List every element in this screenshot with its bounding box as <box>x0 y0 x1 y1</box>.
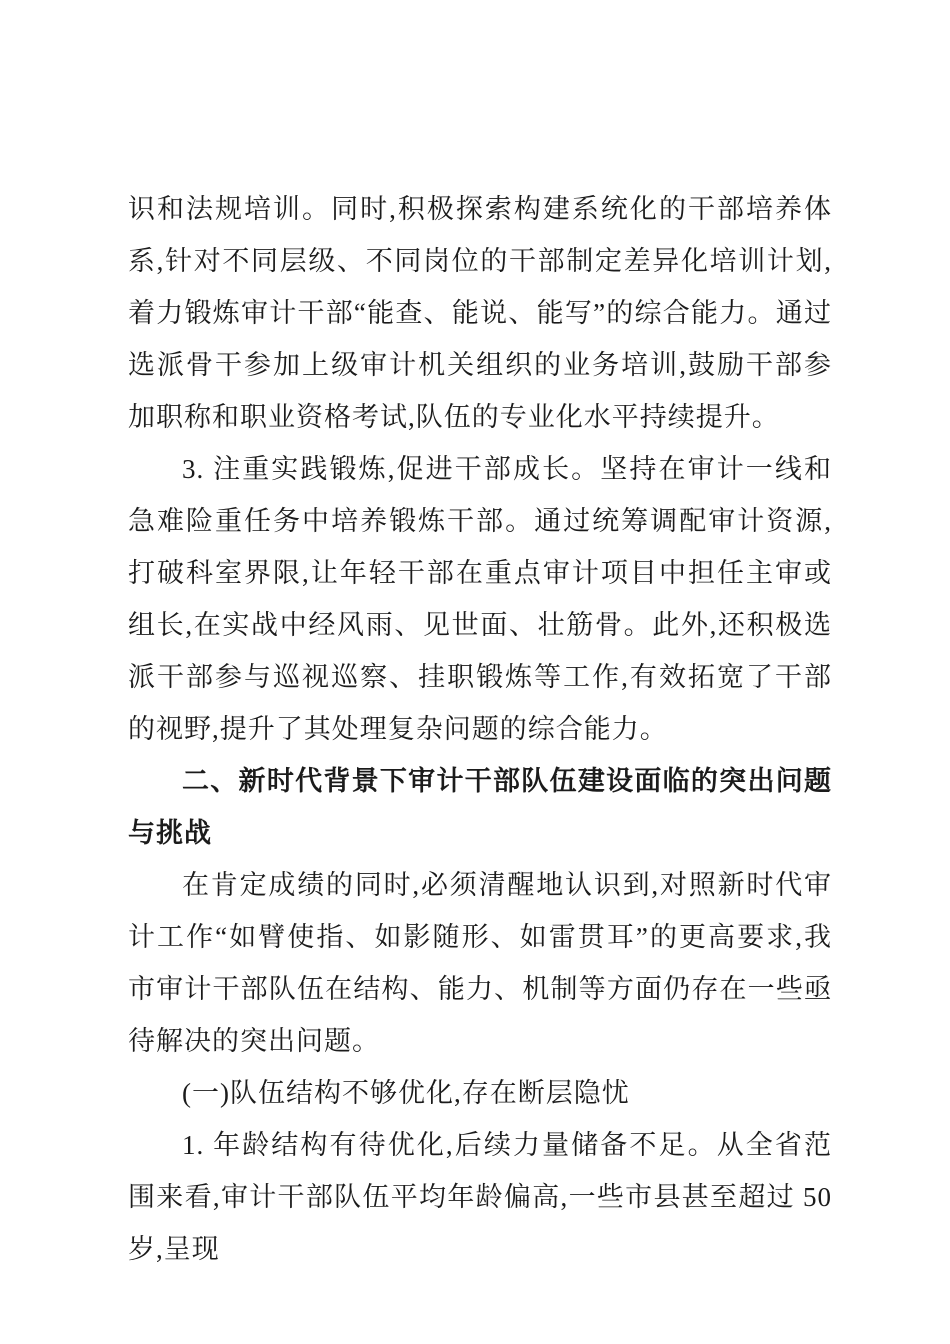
document-page: 识和法规培训。同时,积极探索构建系统化的干部培养体系,针对不同层级、不同岗位的干… <box>0 0 950 1344</box>
body-paragraph: 3. 注重实践锻炼,促进干部成长。坚持在审计一线和急难险重任务中培养锻炼干部。通… <box>128 443 832 755</box>
body-paragraph: 1. 年龄结构有待优化,后续力量储备不足。从全省范围来看,审计干部队伍平均年龄偏… <box>128 1119 832 1275</box>
body-paragraph: 识和法规培训。同时,积极探索构建系统化的干部培养体系,针对不同层级、不同岗位的干… <box>128 183 832 443</box>
document-body: 识和法规培训。同时,积极探索构建系统化的干部培养体系,针对不同层级、不同岗位的干… <box>128 183 832 1275</box>
body-paragraph: 在肯定成绩的同时,必须清醒地认识到,对照新时代审计工作“如臂使指、如影随形、如雷… <box>128 859 832 1067</box>
section-heading: 二、新时代背景下审计干部队伍建设面临的突出问题与挑战 <box>128 755 832 859</box>
body-paragraph: (一)队伍结构不够优化,存在断层隐忧 <box>128 1067 832 1119</box>
